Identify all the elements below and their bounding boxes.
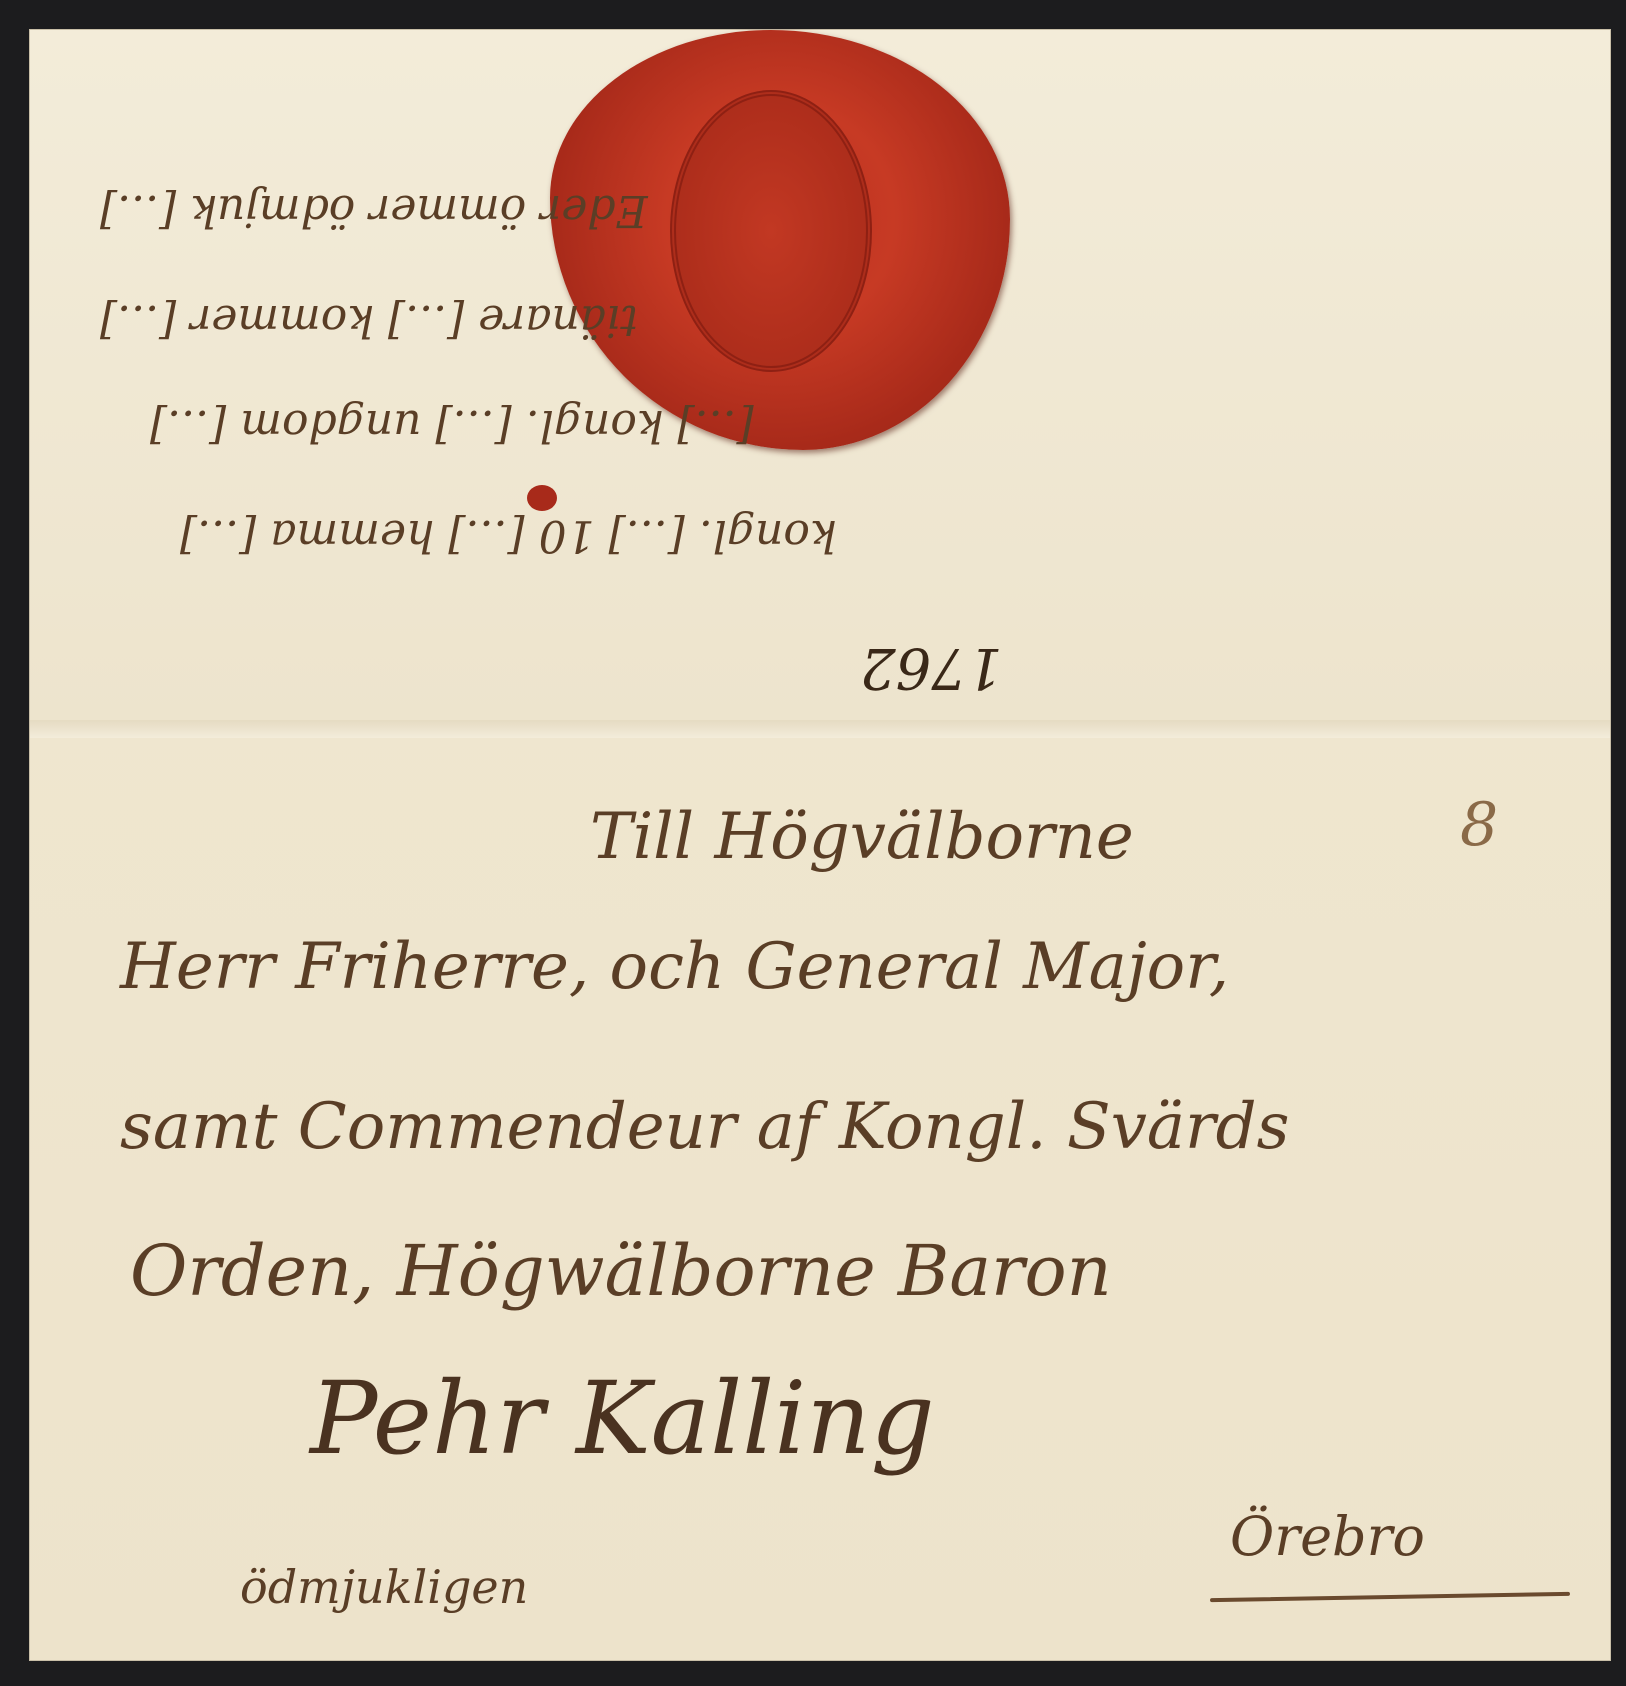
address-line-4: Orden, Högwälborne Baron — [130, 1230, 1112, 1312]
destination-town: Örebro — [1230, 1505, 1425, 1568]
fold-crease — [30, 720, 1610, 738]
destination-underline — [1210, 1592, 1570, 1602]
closing-word: ödmjukligen — [240, 1560, 528, 1614]
letter-sheet: Eder ömmer ödmjuk [...] tiänare [...] ko… — [30, 30, 1610, 1660]
inverted-line-3: [...] kongl. [...] ungdom [...] — [150, 400, 754, 451]
address-line-3: samt Commendeur af Kongl. Svärds — [120, 1090, 1289, 1164]
wax-drop — [527, 485, 557, 511]
rate-mark: 8 — [1460, 790, 1498, 860]
inverted-line-2: tiänare [...] kommer [...] — [100, 295, 638, 346]
address-line-1: Till Högvälborne — [590, 800, 1134, 874]
inverted-line-4: kongl. [...] 10 [...] hemma [...] — [180, 510, 837, 561]
seal-coat-of-arms-icon — [670, 90, 872, 372]
recipient-name: Pehr Kalling — [310, 1360, 935, 1477]
address-line-2: Herr Friherre, och General Major, — [120, 930, 1229, 1004]
year-note: 1762 — [860, 635, 1003, 700]
inverted-line-1: Eder ömmer ödmjuk [...] — [100, 185, 648, 236]
